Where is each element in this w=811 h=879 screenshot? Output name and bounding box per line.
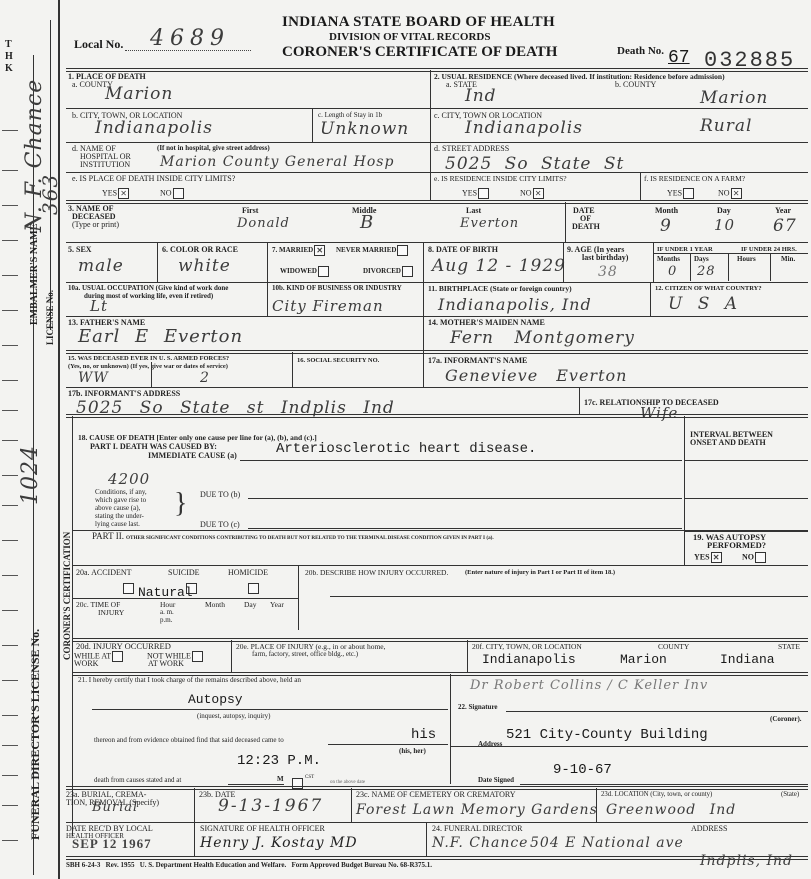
margin-rule-3 <box>58 0 60 879</box>
death-city-limits-yes[interactable]: YES <box>102 188 129 199</box>
death-no-prefix: 67 <box>668 48 690 68</box>
residence-farm-no[interactable]: NO <box>718 188 742 199</box>
homicide-label: HOMICIDE <box>228 568 268 577</box>
time-of-injury-label-2: INJURY <box>98 608 124 617</box>
middle-name-value: B <box>360 212 374 233</box>
birthplace-value: Indianapolis, Ind <box>438 295 592 314</box>
injury-occurred-label: 20d. INJURY OCCURRED <box>76 642 171 651</box>
form-division: DIVISION OF VITAL RECORDS <box>329 31 490 43</box>
residence-farm-yes-checkbox[interactable] <box>683 188 694 199</box>
funeral-director-address-value: 504 E National ave <box>530 835 684 851</box>
death-city-limits-label: e. IS PLACE OF DEATH INSIDE CITY LIMITS? <box>72 174 235 183</box>
cut-letter-t: T <box>5 40 12 50</box>
pronoun-note: (his, her) <box>399 747 426 756</box>
accident-checkbox[interactable] <box>122 578 134 597</box>
age-label-2: last birthday) <box>582 253 628 262</box>
funeral-director-license-value: 1024 <box>18 445 43 505</box>
funeral-director-license-label: FUNERAL DIRECTOR'S LICENSE No. <box>30 629 40 840</box>
widowed-checkbox[interactable] <box>318 266 329 277</box>
inquiry-note: (inquest, autopsy, inquiry) <box>197 712 270 721</box>
autopsy-no-checkbox[interactable] <box>755 552 766 563</box>
death-city-limits-no-checkbox[interactable] <box>173 188 184 199</box>
injury-state-label: STATE <box>778 642 800 651</box>
while-at-work-checkbox[interactable] <box>112 651 123 662</box>
disposition-value: Burial <box>92 800 138 815</box>
autopsy-label-2: PERFORMED? <box>707 541 766 550</box>
race-label: 6. COLOR OR RACE <box>162 245 238 254</box>
part2-label: PART II. <box>92 532 124 541</box>
injury-state-value: Indiana <box>720 652 775 667</box>
stay-length-value: Unknown <box>320 119 409 139</box>
cemetery-value: Forest Lawn Memory Gardens <box>356 802 598 818</box>
death-city-limits-no[interactable]: NO <box>160 188 184 199</box>
autopsy-yes-checkbox[interactable] <box>711 552 722 563</box>
date-of-death-label-3: DEATH <box>572 222 600 231</box>
residence-state-value: Ind <box>465 86 497 106</box>
left-margin: T H K EMBALMER'S NAME N. F. Chance LICEN… <box>0 0 66 879</box>
injury-year-label: Year <box>270 600 284 609</box>
hospital-value: Marion County General Hosp <box>160 154 394 170</box>
sex-label: 5. SEX <box>68 245 92 254</box>
sex-value: male <box>78 256 124 276</box>
form-title: INDIANA STATE BOARD OF HEALTH <box>282 14 555 31</box>
informant-address-label: 17b. INFORMANT'S ADDRESS <box>68 389 180 398</box>
street-address-value: 5025 So State St <box>445 154 624 174</box>
local-no-label: Local No. <box>74 37 123 52</box>
burial-location-label: 23d. LOCATION (City, town, or county) <box>601 790 712 799</box>
death-day-value: 10 <box>714 216 735 234</box>
injury-day-label: Day <box>244 600 257 609</box>
never-married-checkbox[interactable] <box>397 245 408 256</box>
place-of-injury-label-2: farm, factory, street, office bldg., etc… <box>252 650 358 659</box>
father-name-value: Earl E Everton <box>78 326 243 347</box>
cut-letter-k: K <box>5 64 13 74</box>
injury-month-label: Month <box>205 600 225 609</box>
occupation-value: Lt <box>90 297 108 315</box>
time-of-death-value: 12:23 P.M. <box>237 753 321 769</box>
cut-letter-h: H <box>5 52 13 62</box>
last-name-label: Last <box>466 206 481 215</box>
autopsy-yes[interactable]: YES <box>694 552 722 563</box>
coroner-label: (Coroner). <box>770 715 802 724</box>
pronoun-value: his <box>411 727 436 743</box>
birthplace-label: 11. BIRTHPLACE (State or foreign country… <box>428 284 572 293</box>
death-month-label: Month <box>655 206 678 215</box>
deceased-name-label-3: (Type or print) <box>72 220 119 229</box>
residence-label: 2. USUAL RESIDENCE (Where deceased lived… <box>434 72 725 81</box>
age-days-value: 28 <box>697 264 716 279</box>
age-months-value: 0 <box>668 264 677 279</box>
armed-forces-war-value: WW <box>78 370 109 386</box>
due-to-c-label: DUE TO (c) <box>200 520 240 529</box>
residence-city-value: Indianapolis <box>465 118 583 138</box>
form-footer: SBH 6-24-3 Rev. 1955 U. S. Department He… <box>66 861 432 870</box>
signature-label: 22. Signature <box>458 703 498 712</box>
cause-code: 4200 <box>108 470 150 488</box>
immediate-cause-label: IMMEDIATE CAUSE (a) <box>148 451 237 460</box>
conditions-note-4: lying cause last. <box>95 520 140 529</box>
business-value: City Fireman <box>272 297 384 315</box>
funeral-director-value: N.F. Chance <box>432 835 528 851</box>
not-while-at-work-sub: AT WORK <box>148 659 184 668</box>
funeral-director-label: 24. FUNERAL DIRECTOR <box>432 824 522 833</box>
hospital-label-3: INSTITUTION <box>80 160 130 169</box>
citizen-value: U S A <box>668 294 738 314</box>
funeral-director-address-label: ADDRESS <box>691 824 727 833</box>
residence-county-label: b. COUNTY <box>615 80 656 89</box>
married-option[interactable]: 7. MARRIED <box>272 245 325 256</box>
residence-city-limits-label: e. IS RESIDENCE INSIDE CITY LIMITS? <box>434 174 567 183</box>
cst-label: CST <box>305 773 314 782</box>
death-no-label: Death No. <box>617 45 664 57</box>
evidence-text: thereon and from evidence obtained find … <box>94 736 284 745</box>
funeral-director-city-value: Indplis, Ind <box>700 853 793 869</box>
death-month-value: 9 <box>660 216 672 236</box>
burial-state-label: (State) <box>781 790 799 799</box>
residence-farm-no-checkbox[interactable] <box>731 188 742 199</box>
dob-label: 8. DATE OF BIRTH <box>428 245 498 254</box>
death-county-value: Marion <box>105 84 173 104</box>
divorced-option[interactable]: DIVORCED <box>363 266 413 277</box>
inquiry-type-value: Autopsy <box>188 692 243 707</box>
first-name-label: First <box>242 206 258 215</box>
first-name-value: Donald <box>237 216 290 231</box>
date-signed-label: Date Signed <box>478 776 514 785</box>
widowed-option[interactable]: WIDOWED <box>280 266 329 277</box>
ssn-label: 16. SOCIAL SECURITY NO. <box>297 356 379 365</box>
months-label: Months <box>657 255 680 264</box>
m-label: M <box>277 775 284 784</box>
license-value: 363 <box>38 174 62 215</box>
death-city-limits-yes-checkbox[interactable] <box>118 188 129 199</box>
received-date-stamp: SEP 12 1967 <box>72 836 152 852</box>
race-value: white <box>178 256 231 276</box>
death-year-value: 67 <box>773 216 797 236</box>
age-value: 38 <box>598 264 618 280</box>
coroner-certification-label: CORONER'S CERTIFICATION <box>63 532 72 660</box>
married-checkbox[interactable] <box>314 245 325 256</box>
not-while-at-work-checkbox[interactable] <box>192 651 203 662</box>
pm-label: p.m. <box>160 616 172 625</box>
describe-injury-note: (Enter nature of injury in Part I or Par… <box>465 568 615 577</box>
hospital-note: (If not in hospital, give street address… <box>157 144 270 153</box>
divorced-checkbox[interactable] <box>402 266 413 277</box>
due-to-b-label: DUE TO (b) <box>200 490 240 499</box>
interval-label-2: ONSET AND DEATH <box>690 438 766 447</box>
form-subtitle: CORONER'S CERTIFICATE OF DEATH <box>282 44 557 61</box>
autopsy-no[interactable]: NO <box>742 552 766 563</box>
hours-label: Hours <box>737 255 756 264</box>
citizen-label: 12. CITIZEN OF WHAT COUNTRY? <box>655 284 762 293</box>
dob-value: Aug 12 - 1929 <box>432 256 566 276</box>
injury-county-value: Marion <box>620 652 667 667</box>
date-signed-value: 9-10-67 <box>553 762 612 778</box>
license-label: LICENSE No. <box>46 290 55 345</box>
part1-label: PART I. DEATH WAS CAUSED BY: <box>90 442 217 451</box>
street-address-label: d. STREET ADDRESS <box>434 144 509 153</box>
death-day-label: Day <box>717 206 731 215</box>
never-married-option[interactable]: NEVER MARRIED <box>336 245 408 256</box>
immediate-cause-value: Arteriosclerotic heart disease. <box>276 441 536 457</box>
residence-farm-yes[interactable]: YES <box>667 188 694 199</box>
injury-county-label: COUNTY <box>658 642 689 651</box>
last-name-value: Everton <box>460 216 519 231</box>
while-at-work-sub: WORK <box>74 659 98 668</box>
informant-name-label: 17a. INFORMANT'S NAME <box>428 356 527 365</box>
accident-label: 20a. ACCIDENT <box>76 568 132 577</box>
death-year-label: Year <box>775 206 791 215</box>
embalmer-name-label: EMBALMER'S NAME <box>30 224 40 325</box>
coroner-signature: Dr Robert Collins / C Keller Inv <box>470 678 708 693</box>
business-label: 10b. KIND OF BUSINESS OR INDUSTRY <box>272 284 402 293</box>
homicide-checkbox[interactable] <box>247 578 259 597</box>
injury-location-label: 20f. CITY, TOWN, OR LOCATION <box>472 642 582 651</box>
mother-name-label: 14. MOTHER'S MAIDEN NAME <box>428 318 545 327</box>
residence-city-limits-no[interactable]: NO <box>520 188 544 199</box>
relationship-value: Wife <box>640 404 678 422</box>
suicide-label: SUICIDE <box>168 568 200 577</box>
informant-name-value: Genevieve Everton <box>445 366 627 385</box>
disposition-date-value: 9-13-1967 <box>218 796 323 816</box>
cemetery-label: 23c. NAME OF CEMETERY OR CREMATORY <box>356 790 516 799</box>
death-city-value: Indianapolis <box>95 118 213 138</box>
local-no-value: 4689 <box>150 26 230 51</box>
residence-city-extra: Rural <box>700 116 752 136</box>
residence-county-value: Marion <box>700 88 768 108</box>
coroner-address-label: Address <box>478 740 502 749</box>
residence-city-limits-yes[interactable]: YES <box>462 188 489 199</box>
residence-city-limits-no-checkbox[interactable] <box>533 188 544 199</box>
armed-forces-service-value: 2 <box>200 370 210 386</box>
describe-injury-label: 20b. DESCRIBE HOW INJURY OCCURRED. <box>305 568 448 577</box>
part2-note: OTHER SIGNIFICANT CONDITIONS CONTRIBUTIN… <box>126 534 494 543</box>
health-officer-signature: Henry J. Kostay MD <box>200 835 358 851</box>
death-causes-text: death from causes stated and at <box>94 776 181 785</box>
days-label: Days <box>694 255 709 264</box>
residence-farm-label: f. IS RESIDENCE ON A FARM? <box>644 174 745 183</box>
certify-text: 21. I hereby certify that I took charge … <box>78 676 301 685</box>
injury-city-value: Indianapolis <box>482 652 576 667</box>
residence-city-limits-yes-checkbox[interactable] <box>478 188 489 199</box>
min-label: Min. <box>781 255 795 264</box>
coroner-address-value: 521 City-County Building <box>506 727 708 743</box>
burial-location-value: Greenwood Ind <box>606 802 736 818</box>
health-officer-label: SIGNATURE OF HEALTH OFFICER <box>200 824 325 833</box>
mother-name-value: Fern Montgomery <box>450 328 635 348</box>
